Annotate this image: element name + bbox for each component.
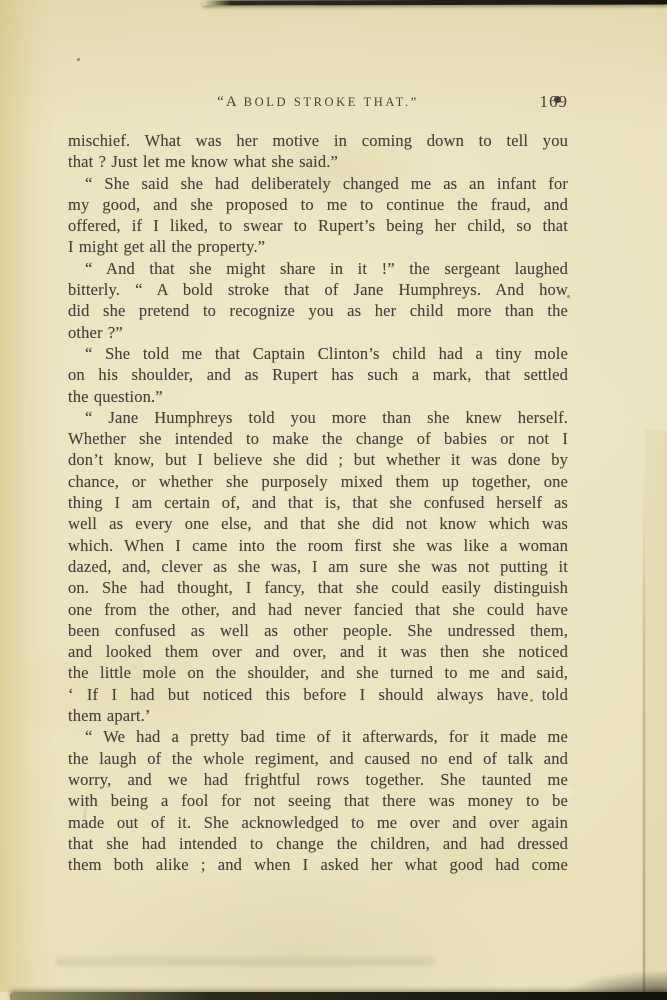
page-title: “ABOLD STROKE THAT.” bbox=[68, 93, 568, 111]
body-text: mischief. What was her motive in coming … bbox=[68, 130, 568, 875]
text-line: on. She had thought, I fancy, that she c… bbox=[68, 577, 568, 598]
text-line: mischief. What was her motive in coming … bbox=[68, 130, 568, 151]
text-line: chance, or whether she purposely mixed t… bbox=[68, 471, 568, 492]
text-line: which. When I came into the room first s… bbox=[68, 535, 568, 556]
text-line: them both alike ; and when I asked her w… bbox=[68, 854, 568, 875]
text-line: dazed, and, clever as she was, I am sure… bbox=[68, 556, 568, 577]
text-line: that she had intended to change the chil… bbox=[68, 833, 568, 854]
text-line: ‘ If I had but noticed this before I sho… bbox=[68, 684, 568, 705]
text-line: on his shoulder, and as Rupert has such … bbox=[68, 364, 568, 385]
text-line: offered, if I liked, to swear to Rupert’… bbox=[68, 215, 568, 236]
book-corner-shadow bbox=[557, 970, 667, 1000]
scan-speck bbox=[77, 58, 80, 61]
text-line: “ Jane Humphreys told you more than she … bbox=[68, 407, 568, 428]
text-line: other ?” bbox=[68, 322, 568, 343]
text-line: “ She said she had deliberately changed … bbox=[68, 173, 568, 194]
text-line: “ We had a pretty bad time of it afterwa… bbox=[68, 726, 568, 747]
book-top-edge-shadow bbox=[203, 0, 667, 5]
text-line: worry, and we had frightful rows togethe… bbox=[68, 769, 568, 790]
text-line: “ And that she might share in it !” the … bbox=[68, 258, 568, 279]
scan-streak bbox=[55, 957, 435, 966]
scanned-book-page: “ABOLD STROKE THAT.” 169 mischief. What … bbox=[0, 0, 667, 1000]
text-line: them apart.’ bbox=[68, 705, 568, 726]
page-right-edge-strip bbox=[645, 430, 667, 994]
text-line: don’t know, but I believe she did ; but … bbox=[68, 449, 568, 470]
running-header: “ABOLD STROKE THAT.” 169 bbox=[68, 93, 568, 113]
text-line: Whether she intended to make the change … bbox=[68, 428, 568, 449]
text-line: did she pretend to recognize you as her … bbox=[68, 300, 568, 321]
text-line: “ She told me that Captain Clinton’s chi… bbox=[68, 343, 568, 364]
text-line: one from the other, and had never fancie… bbox=[68, 599, 568, 620]
text-line: the question.” bbox=[68, 386, 568, 407]
page-title-rest: BOLD STROKE THAT.” bbox=[244, 95, 419, 109]
text-line: with being a fool for not seeing that th… bbox=[68, 790, 568, 811]
text-line: the laugh of the whole regiment, and cau… bbox=[68, 748, 568, 769]
page-gutter-shading bbox=[0, 0, 54, 992]
text-line: and looked them over and over, and it wa… bbox=[68, 641, 568, 662]
page-right-edge-line bbox=[643, 470, 645, 992]
text-line: I might get all the property.” bbox=[68, 236, 568, 257]
text-line: been confused as well as other people. S… bbox=[68, 620, 568, 641]
page-title-lead: “A bbox=[217, 94, 239, 110]
text-line: my good, and she proposed to me to conti… bbox=[68, 194, 568, 215]
page-number: 169 bbox=[540, 92, 569, 112]
text-line: made out of it. She acknowledged to me o… bbox=[68, 812, 568, 833]
text-line: well as every one else, and that she did… bbox=[68, 513, 568, 534]
text-line: the little mole on the shoulder, and she… bbox=[68, 662, 568, 683]
text-line: thing I am certain of, and that is, that… bbox=[68, 492, 568, 513]
text-line: bitterly. “ A bold stroke that of Jane H… bbox=[68, 279, 568, 300]
text-line: that ? Just let me know what she said.” bbox=[68, 151, 568, 172]
